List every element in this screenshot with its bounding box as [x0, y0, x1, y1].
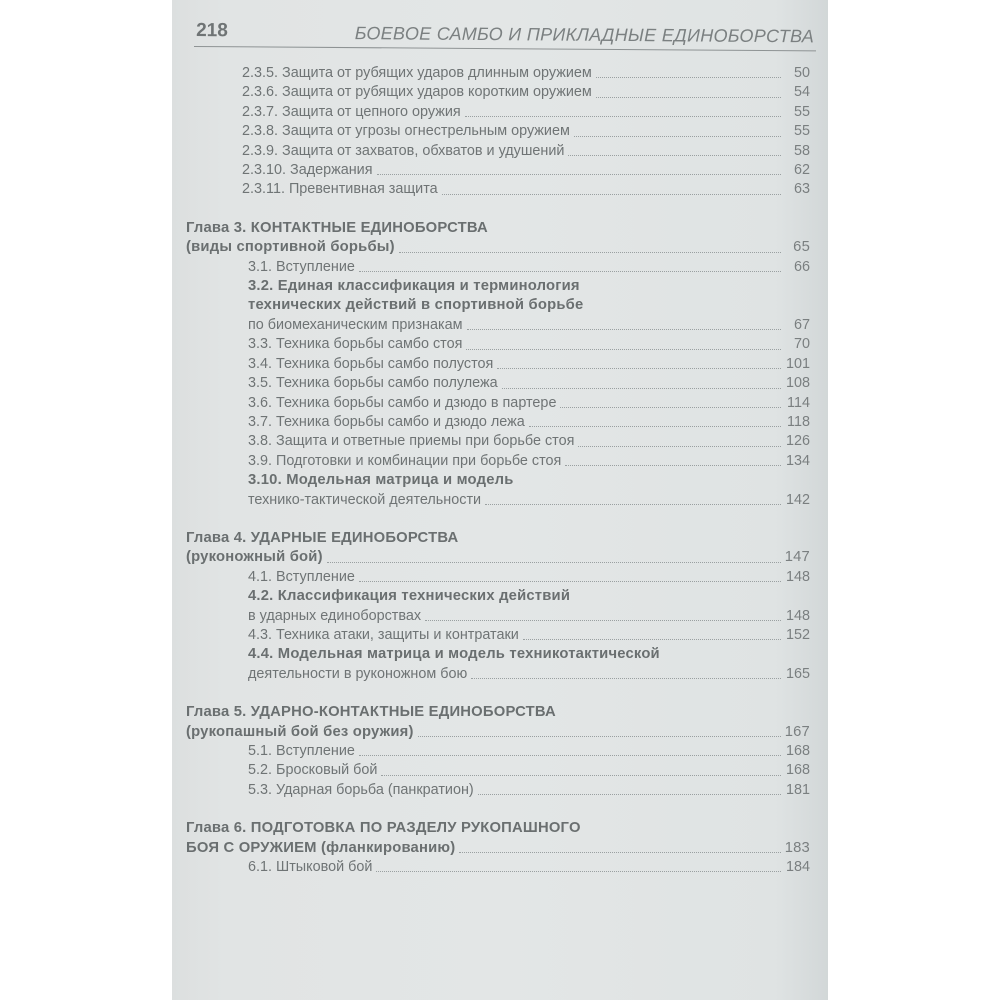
dot-leader — [471, 678, 781, 679]
toc-entry-title: 3.7. Техника борьбы самбо и дзюдо лежа — [248, 413, 525, 432]
toc-chapters: Глава 3. КОНТАКТНЫЕ ЕДИНОБОРСТВА(виды сп… — [186, 219, 810, 878]
toc-entry-title: технико-тактической деятельности — [248, 491, 481, 510]
chapter-title: Глава 5. УДАРНО-КОНТАКТНЫЕ ЕДИНОБОРСТВА — [186, 703, 810, 722]
toc-page-number: 55 — [784, 122, 810, 141]
running-header: 218 БОЕВОЕ САМБО И ПРИКЛАДНЫЕ ЕДИНОБОРСТ… — [194, 18, 816, 51]
toc-entry[interactable]: 3.6. Техника борьбы самбо и дзюдо в парт… — [186, 394, 810, 413]
dot-leader — [359, 271, 781, 272]
dot-leader — [574, 136, 781, 137]
toc-entry-title: 3.8. Защита и ответные приемы при борьбе… — [248, 432, 574, 451]
toc-entry[interactable]: 3.8. Защита и ответные приемы при борьбе… — [186, 432, 810, 451]
toc-page-number: 54 — [784, 83, 810, 102]
dot-leader — [568, 155, 781, 156]
dot-leader — [418, 736, 781, 737]
dot-leader — [376, 871, 781, 872]
dot-leader — [459, 852, 781, 853]
dot-leader — [565, 465, 781, 466]
toc-page-number: 168 — [784, 761, 810, 780]
toc-page-number: 55 — [784, 103, 810, 122]
toc-entry-title: 3.4. Техника борьбы самбо полустоя — [248, 355, 493, 374]
toc-page-number: 62 — [784, 161, 810, 180]
toc-entry[interactable]: 2.3.8. Защита от угрозы огнестрельным ор… — [186, 122, 810, 141]
toc-entry-title: 2.3.7. Защита от цепного оружия — [242, 103, 461, 122]
toc-entry-title-line: 3.10. Модельная матрица и модель — [186, 471, 810, 490]
toc-entry-title: 5.1. Вступление — [248, 742, 355, 761]
toc-entry-title-line: технических действий в спортивной борьбе — [186, 296, 810, 315]
toc-chapter: Глава 3. КОНТАКТНЫЕ ЕДИНОБОРСТВА(виды сп… — [186, 219, 810, 510]
toc-page-number: 58 — [784, 142, 810, 161]
toc-entry[interactable]: 3.4. Техника борьбы самбо полустоя101 — [186, 355, 810, 374]
toc-page-number: 101 — [784, 355, 810, 374]
dot-leader — [523, 639, 781, 640]
toc-page-number: 114 — [784, 394, 810, 413]
toc-chapter: Глава 4. УДАРНЫЕ ЕДИНОБОРСТВА(руконожный… — [186, 529, 810, 684]
toc-entry-title: в ударных единоборствах — [248, 607, 421, 626]
toc-chapter: Глава 5. УДАРНО-КОНТАКТНЫЕ ЕДИНОБОРСТВА(… — [186, 703, 810, 800]
toc-entry[interactable]: 5.2. Бросковый бой168 — [186, 761, 810, 780]
toc-entry-title: 2.3.11. Превентивная защита — [242, 180, 438, 199]
toc-entry-title: 3.9. Подготовки и комбинации при борьбе … — [248, 452, 561, 471]
chapter-entry[interactable]: (руконожный бой)147 — [186, 548, 810, 567]
toc-entry-title: 4.3. Техника атаки, защиты и контратаки — [248, 626, 519, 645]
dot-leader — [578, 446, 781, 447]
dot-leader — [485, 504, 781, 505]
toc-entry-title: БОЯ С ОРУЖИЕМ (фланкированию) — [186, 839, 455, 858]
toc-entry-title: деятельности в руконожном бою — [248, 665, 467, 684]
toc-entry-title: 3.1. Вступление — [248, 258, 355, 277]
toc-page-number: 152 — [784, 626, 810, 645]
toc-page-number: 183 — [784, 839, 810, 858]
toc-chapter: Глава 6. ПОДГОТОВКА ПО РАЗДЕЛУ РУКОПАШНО… — [186, 819, 810, 877]
chapter-entry[interactable]: (рукопашный бой без оружия)167 — [186, 723, 810, 742]
dot-leader — [442, 194, 781, 195]
toc-entry-title: (рукопашный бой без оружия) — [186, 723, 414, 742]
dot-leader — [529, 426, 781, 427]
toc-entry-title-line: 4.2. Классификация технических действий — [186, 587, 810, 606]
toc-entry-title: 2.3.9. Защита от захватов, обхватов и уд… — [242, 142, 564, 161]
toc-entry[interactable]: 4.3. Техника атаки, защиты и контратаки1… — [186, 626, 810, 645]
chapter-title: Глава 4. УДАРНЫЕ ЕДИНОБОРСТВА — [186, 529, 810, 548]
toc-page-number: 142 — [784, 491, 810, 510]
toc-entry[interactable]: 6.1. Штыковой бой184 — [186, 858, 810, 877]
toc-entry[interactable]: 2.3.9. Защита от захватов, обхватов и уд… — [186, 142, 810, 161]
toc-entry-title: 2.3.10. Задержания — [242, 161, 373, 180]
toc-entry-title: 3.6. Техника борьбы самбо и дзюдо в парт… — [248, 394, 556, 413]
dot-leader — [596, 77, 781, 78]
toc-page-number: 108 — [784, 374, 810, 393]
toc-page-number: 148 — [784, 607, 810, 626]
toc-entry-title-line: 3.2. Единая классификация и терминология — [186, 277, 810, 296]
dot-leader — [425, 620, 781, 621]
toc-page-number: 65 — [784, 238, 810, 257]
dot-leader — [560, 407, 781, 408]
dot-leader — [359, 755, 781, 756]
toc-entry[interactable]: 2.3.5. Защита от рубящих ударов длинным … — [186, 64, 810, 83]
toc-entry[interactable]: 5.1. Вступление168 — [186, 742, 810, 761]
book-title: БОЕВОЕ САМБО И ПРИКЛАДНЫЕ ЕДИНОБОРСТВА — [355, 23, 814, 47]
toc-page-number: 148 — [784, 568, 810, 587]
toc-entry-title-line: 4.4. Модельная матрица и модель техникот… — [186, 645, 810, 664]
toc-entry[interactable]: 3.5. Техника борьбы самбо полулежа108 — [186, 374, 810, 393]
book-page: 218 БОЕВОЕ САМБО И ПРИКЛАДНЫЕ ЕДИНОБОРСТ… — [172, 0, 828, 1000]
dot-leader — [465, 116, 781, 117]
toc-entry[interactable]: 3.3. Техника борьбы самбо стоя70 — [186, 335, 810, 354]
toc-page-number: 181 — [784, 781, 810, 800]
dot-leader — [596, 97, 781, 98]
toc-continued-section: 2.3.5. Защита от рубящих ударов длинным … — [186, 64, 810, 200]
toc-entry[interactable]: технико-тактической деятельности142 — [186, 491, 810, 510]
toc-entry-title: 2.3.5. Защита от рубящих ударов длинным … — [242, 64, 592, 83]
toc-page-number: 165 — [784, 665, 810, 684]
toc-entry[interactable]: 3.1. Вступление66 — [186, 258, 810, 277]
dot-leader — [467, 329, 782, 330]
dot-leader — [377, 174, 781, 175]
toc-entry-title: 5.2. Бросковый бой — [248, 761, 377, 780]
toc-entry[interactable]: 2.3.6. Защита от рубящих ударов коротким… — [186, 83, 810, 102]
toc-entry[interactable]: деятельности в руконожном бою165 — [186, 665, 810, 684]
toc-entry[interactable]: 5.3. Ударная борьба (панкратион)181 — [186, 781, 810, 800]
chapter-entry[interactable]: (виды спортивной борьбы)65 — [186, 238, 810, 257]
chapter-title: Глава 3. КОНТАКТНЫЕ ЕДИНОБОРСТВА — [186, 219, 810, 238]
toc-entry-title: 5.3. Ударная борьба (панкратион) — [248, 781, 474, 800]
toc-entry-title: 2.3.8. Защита от угрозы огнестрельным ор… — [242, 122, 570, 141]
dot-leader — [327, 562, 781, 563]
toc-entry[interactable]: 2.3.10. Задержания62 — [186, 161, 810, 180]
toc-page-number: 134 — [784, 452, 810, 471]
dot-leader — [497, 368, 781, 369]
toc-entry-title: (виды спортивной борьбы) — [186, 238, 395, 257]
toc-entry-title: 6.1. Штыковой бой — [248, 858, 372, 877]
toc-entry-title: 4.1. Вступление — [248, 568, 355, 587]
dot-leader — [466, 349, 781, 350]
toc-entry[interactable]: по биомеханическим признакам67 — [186, 316, 810, 335]
dot-leader — [478, 794, 781, 795]
toc-entry-title: (руконожный бой) — [186, 548, 323, 567]
dot-leader — [502, 388, 781, 389]
toc-entry[interactable]: 4.1. Вступление148 — [186, 568, 810, 587]
toc-entry[interactable]: в ударных единоборствах148 — [186, 607, 810, 626]
dot-leader — [359, 581, 781, 582]
toc-entry[interactable]: 3.9. Подготовки и комбинации при борьбе … — [186, 452, 810, 471]
dot-leader — [399, 252, 781, 253]
toc-page-number: 118 — [784, 413, 810, 432]
toc-page-number: 66 — [784, 258, 810, 277]
toc-page-number: 63 — [784, 180, 810, 199]
toc-entry[interactable]: 2.3.11. Превентивная защита63 — [186, 180, 810, 199]
toc-entry-title: 2.3.6. Защита от рубящих ударов коротким… — [242, 83, 592, 102]
toc-entry-title: 3.5. Техника борьбы самбо полулежа — [248, 374, 498, 393]
toc-page-number: 67 — [784, 316, 810, 335]
toc-entry[interactable]: 2.3.7. Защита от цепного оружия55 — [186, 103, 810, 122]
toc-entry-title: по биомеханическим признакам — [248, 316, 463, 335]
toc-entry-title: 3.3. Техника борьбы самбо стоя — [248, 335, 462, 354]
toc-page-number: 70 — [784, 335, 810, 354]
toc-page-number: 50 — [784, 64, 810, 83]
table-of-contents: 2.3.5. Защита от рубящих ударов длинным … — [186, 64, 810, 877]
dot-leader — [381, 775, 781, 776]
toc-page-number: 126 — [784, 432, 810, 451]
chapter-entry[interactable]: БОЯ С ОРУЖИЕМ (фланкированию)183 — [186, 839, 810, 858]
page-number: 218 — [196, 20, 228, 42]
toc-page-number: 184 — [784, 858, 810, 877]
toc-page-number: 168 — [784, 742, 810, 761]
toc-page-number: 147 — [784, 548, 810, 567]
toc-entry[interactable]: 3.7. Техника борьбы самбо и дзюдо лежа11… — [186, 413, 810, 432]
toc-page-number: 167 — [784, 723, 810, 742]
chapter-title: Глава 6. ПОДГОТОВКА ПО РАЗДЕЛУ РУКОПАШНО… — [186, 819, 810, 838]
